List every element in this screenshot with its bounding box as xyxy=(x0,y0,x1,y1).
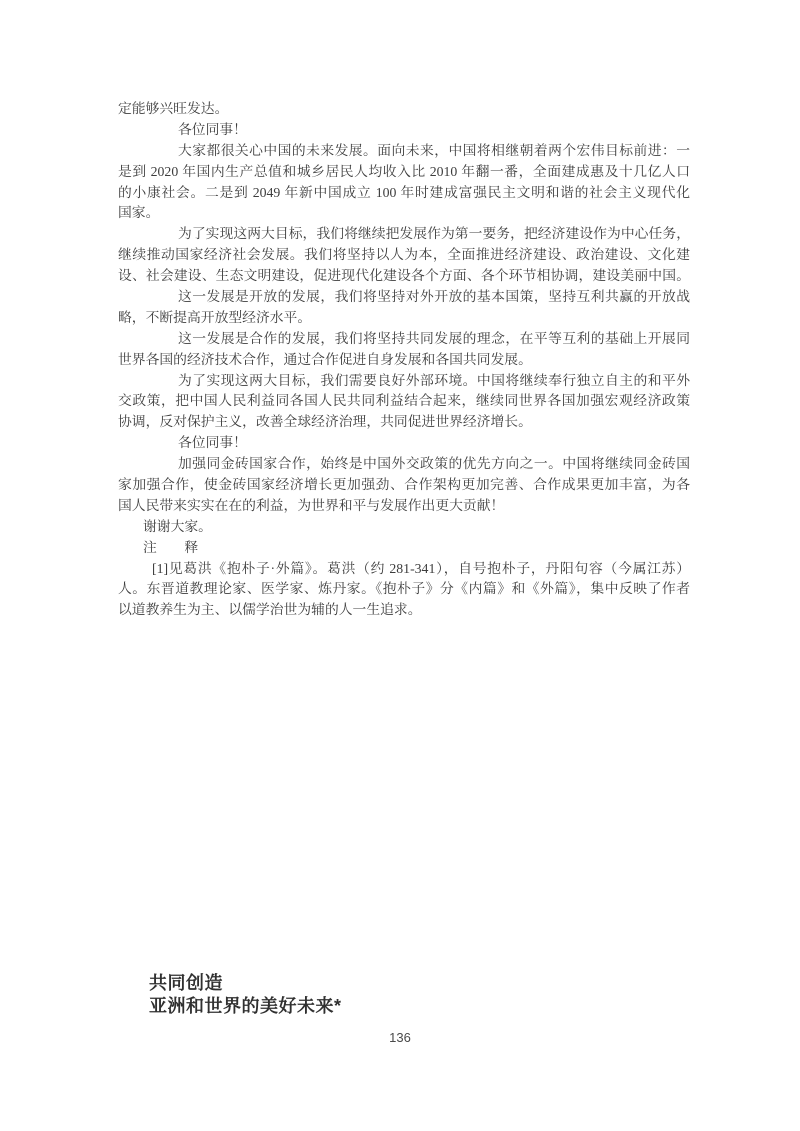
next-chapter-title-line1: 共同创造 xyxy=(149,972,342,995)
body-line: 为了实现这两大目标，我们将继续把发展作为第一要务，把经济建设作为中心任务， xyxy=(118,224,690,245)
body-line: 国人民带来实实在在的利益，为世界和平与发展作出更大贡献！ xyxy=(118,496,690,517)
body-text: 定能够兴旺发达。 各位同事！ 大家都很关心中国的未来发展。面向未来，中国将相继朝… xyxy=(118,99,690,621)
document-page: 定能够兴旺发达。 各位同事！ 大家都很关心中国的未来发展。面向未来，中国将相继朝… xyxy=(0,0,800,1131)
body-line: 这一发展是合作的发展，我们将坚持共同发展的理念，在平等互利的基础上开展同 xyxy=(118,329,690,350)
note-line: 人。东晋道教理论家、医学家、炼丹家。《抱朴子》分《内篇》和《外篇》，集中反映了作… xyxy=(118,579,690,600)
body-line: 交政策，把中国人民利益同各国人民共同利益结合起来，继续同世界各国加强宏观经济政策 xyxy=(118,391,690,412)
body-line: 谢谢大家。 xyxy=(118,517,690,538)
next-chapter-title: 共同创造 亚洲和世界的美好未来* xyxy=(149,972,342,1018)
notes-heading: 注 释 xyxy=(118,538,690,559)
body-line: 为了实现这两大目标，我们需要良好外部环境。中国将继续奉行独立自主的和平外 xyxy=(118,371,690,392)
body-line: 世界各国的经济技术合作，通过合作促进自身发展和各国共同发展。 xyxy=(118,350,690,371)
body-line: 略，不断提高开放型经济水平。 xyxy=(118,308,690,329)
body-line: 各位同事！ xyxy=(118,433,690,454)
body-line: 国家。 xyxy=(118,203,690,224)
body-line: 家加强合作，使金砖国家经济增长更加强劲、合作架构更加完善、合作成果更加丰富，为各 xyxy=(118,475,690,496)
body-line: 设、社会建设、生态文明建设，促进现代化建设各个方面、各个环节相协调，建设美丽中国… xyxy=(118,266,690,287)
page-number: 136 xyxy=(0,1030,800,1045)
body-line: 加强同金砖国家合作，始终是中国外交政策的优先方向之一。中国将继续同金砖国 xyxy=(118,454,690,475)
body-line: 大家都很关心中国的未来发展。面向未来，中国将相继朝着两个宏伟目标前进：一 xyxy=(118,141,690,162)
note-line: [1]见葛洪《抱朴子·外篇》。葛洪（约 281-341），自号抱朴子，丹阳句容（… xyxy=(118,559,690,580)
body-line: 这一发展是开放的发展，我们将坚持对外开放的基本国策，坚持互利共赢的开放战 xyxy=(118,287,690,308)
body-line: 的小康社会。二是到 2049 年新中国成立 100 年时建成富强民主文明和谐的社… xyxy=(118,183,690,204)
body-line: 协调，反对保护主义，改善全球经济治理，共同促进世界经济增长。 xyxy=(118,412,690,433)
body-line: 定能够兴旺发达。 xyxy=(118,99,690,120)
next-chapter-title-line2: 亚洲和世界的美好未来* xyxy=(149,995,342,1018)
body-line: 是到 2020 年国内生产总值和城乡居民人均收入比 2010 年翻一番，全面建成… xyxy=(118,162,690,183)
body-line: 继续推动国家经济社会发展。我们将坚持以人为本，全面推进经济建设、政治建设、文化建 xyxy=(118,245,690,266)
body-line: 各位同事！ xyxy=(118,120,690,141)
note-line: 以道教养生为主、以儒学治世为辅的人一生追求。 xyxy=(118,600,690,621)
